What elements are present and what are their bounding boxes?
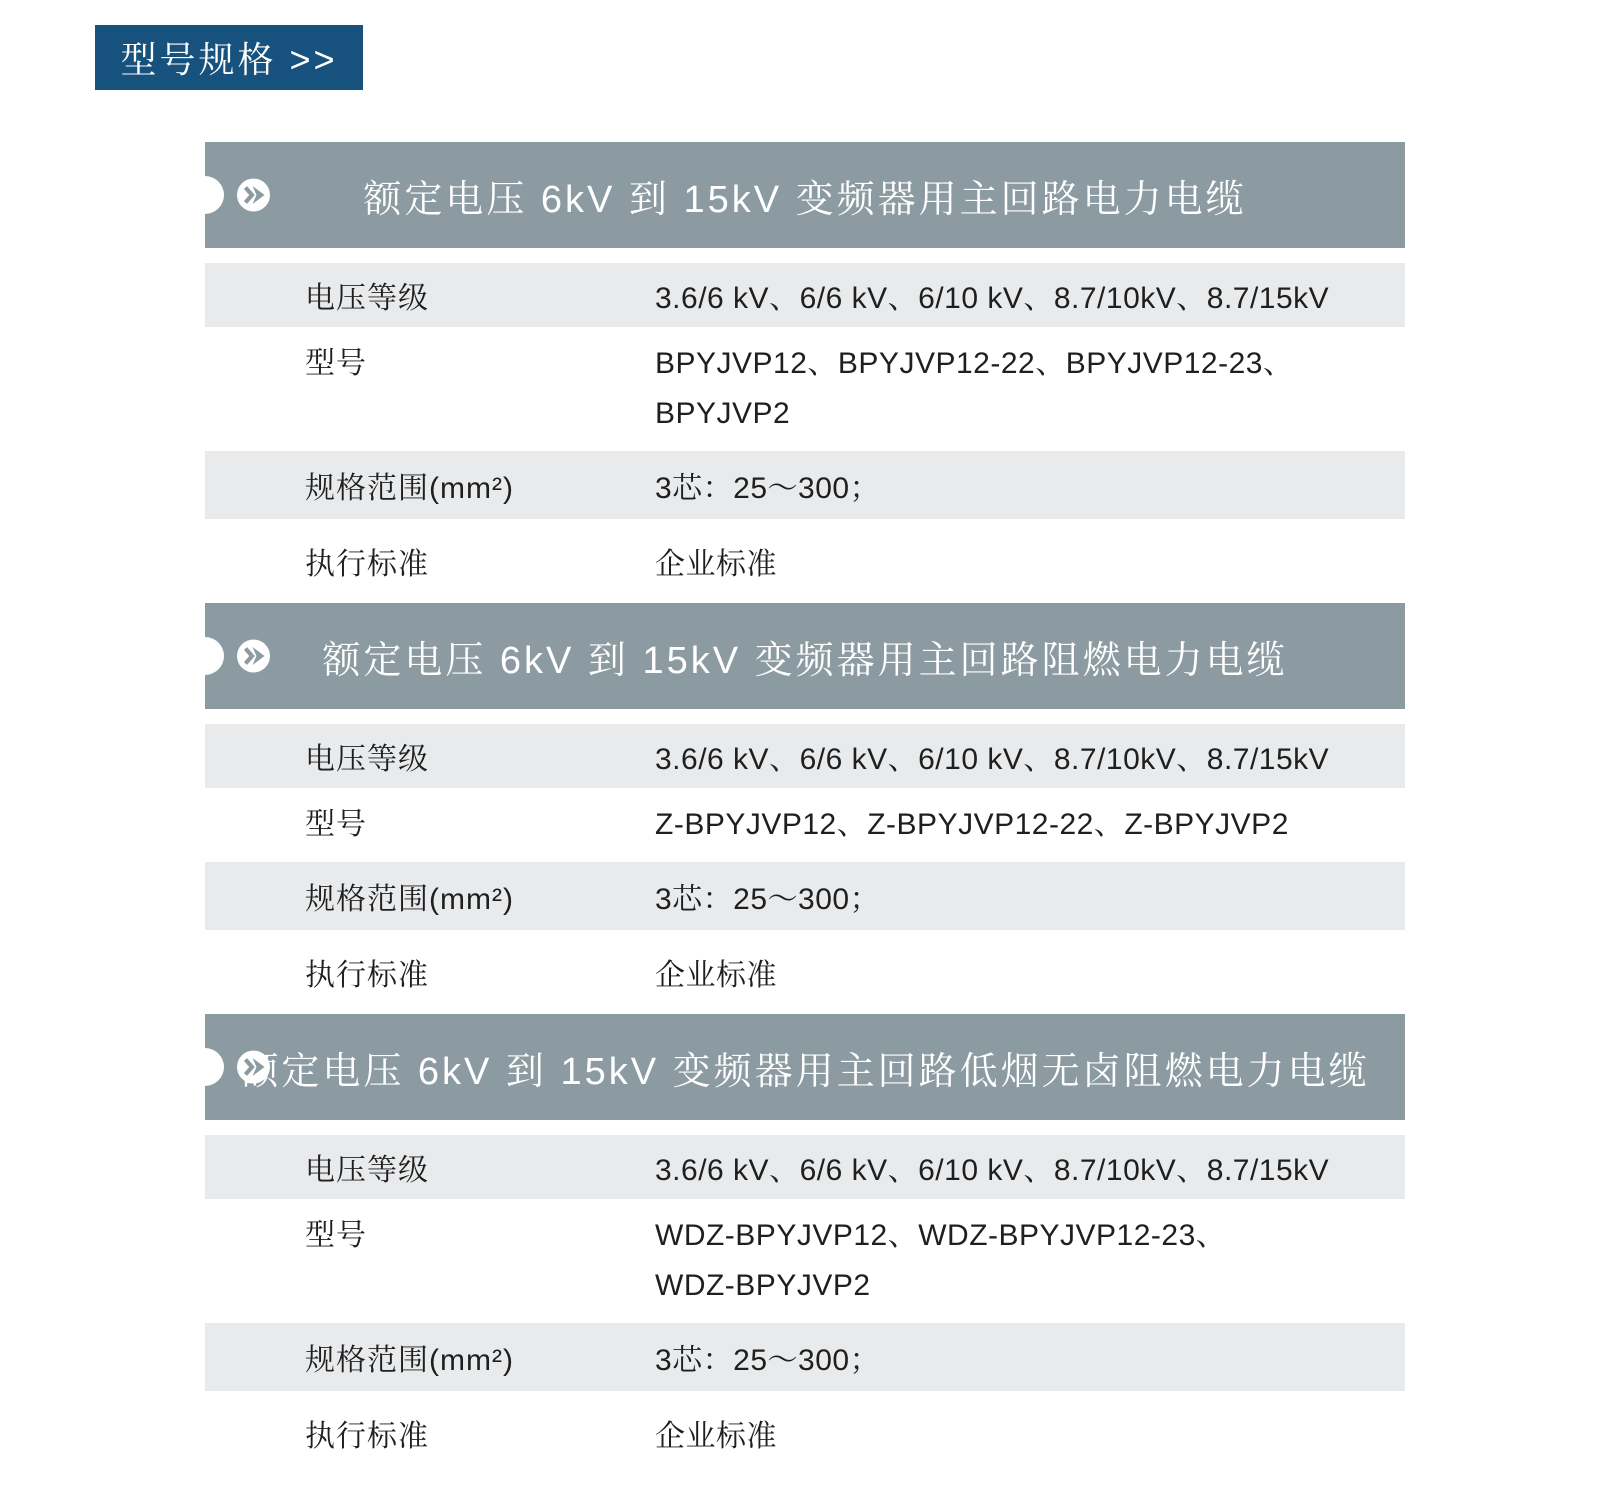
row-value: 3.6/6 kV、6/6 kV、6/10 kV、8.7/10kV、8.7/15k… <box>655 1145 1405 1189</box>
table-row: 型号 BPYJVP12、BPYJVP12-22、BPYJVP12-23、 BPY… <box>205 327 1405 451</box>
table-row: 规格范围(mm²) 3芯：25～300； <box>205 862 1405 930</box>
section-main-circuit-cable: 额定电压 6kV 到 15kV 变频器用主回路电力电缆 电压等级 3.6/6 k… <box>205 142 1405 603</box>
row-label: 型号 <box>305 800 655 850</box>
row-value: 3.6/6 kV、6/6 kV、6/10 kV、8.7/10kV、8.7/15k… <box>655 273 1405 317</box>
table-row: 规格范围(mm²) 3芯：25～300； <box>205 1323 1405 1391</box>
table-row: 型号 WDZ-BPYJVP12、WDZ-BPYJVP12-23、 WDZ-BPY… <box>205 1199 1405 1323</box>
section-title: 额定电压 6kV 到 15kV 变频器用主回路电力电缆 <box>363 168 1246 223</box>
row-value: 3.6/6 kV、6/6 kV、6/10 kV、8.7/10kV、8.7/15k… <box>655 734 1405 778</box>
row-label: 型号 <box>305 1211 655 1261</box>
row-label: 电压等级 <box>305 273 655 317</box>
table-row: 执行标准 企业标准 <box>205 519 1405 603</box>
row-label: 规格范围(mm²) <box>305 463 655 507</box>
section-flame-retardant-cable: 额定电压 6kV 到 15kV 变频器用主回路阻燃电力电缆 电压等级 3.6/6… <box>205 603 1405 1014</box>
row-value: 企业标准 <box>655 1411 1405 1455</box>
table-row: 电压等级 3.6/6 kV、6/6 kV、6/10 kV、8.7/10kV、8.… <box>205 1135 1405 1199</box>
row-label: 电压等级 <box>305 1145 655 1189</box>
section-title: 额定电压 6kV 到 15kV 变频器用主回路低烟无卤阻燃电力电缆 <box>240 1040 1369 1095</box>
row-value: 3芯：25～300； <box>655 463 1405 507</box>
row-value: 企业标准 <box>655 539 1405 583</box>
section-header: 额定电压 6kV 到 15kV 变频器用主回路阻燃电力电缆 <box>205 603 1405 709</box>
table-row: 电压等级 3.6/6 kV、6/6 kV、6/10 kV、8.7/10kV、8.… <box>205 724 1405 788</box>
table-row: 执行标准 企业标准 <box>205 930 1405 1014</box>
row-label: 电压等级 <box>305 734 655 778</box>
row-value: 3芯：25～300； <box>655 1335 1405 1379</box>
row-value: BPYJVP12、BPYJVP12-22、BPYJVP12-23、 BPYJVP… <box>655 339 1405 439</box>
section-title: 额定电压 6kV 到 15kV 变频器用主回路阻燃电力电缆 <box>322 629 1287 684</box>
section-lszh-flame-retardant-cable: 额定电压 6kV 到 15kV 变频器用主回路低烟无卤阻燃电力电缆 电压等级 3… <box>205 1014 1405 1475</box>
edge-circle-icon <box>186 1048 224 1086</box>
row-label: 规格范围(mm²) <box>305 1335 655 1379</box>
section-header: 额定电压 6kV 到 15kV 变频器用主回路低烟无卤阻燃电力电缆 <box>205 1014 1405 1120</box>
row-label: 执行标准 <box>305 950 655 994</box>
arrow-circle-icon <box>237 1051 270 1084</box>
section-header: 额定电压 6kV 到 15kV 变频器用主回路电力电缆 <box>205 142 1405 248</box>
table-row: 规格范围(mm²) 3芯：25～300； <box>205 451 1405 519</box>
page-title-badge: 型号规格 >> <box>95 25 363 90</box>
row-value: 企业标准 <box>655 950 1405 994</box>
row-label: 规格范围(mm²) <box>305 874 655 918</box>
page-title: 型号规格 >> <box>120 32 337 83</box>
table-row: 型号 Z-BPYJVP12、Z-BPYJVP12-22、Z-BPYJVP2 <box>205 788 1405 862</box>
arrow-circle-icon <box>237 640 270 673</box>
row-label: 型号 <box>305 339 655 389</box>
row-label: 执行标准 <box>305 539 655 583</box>
table-row: 执行标准 企业标准 <box>205 1391 1405 1475</box>
row-label: 执行标准 <box>305 1411 655 1455</box>
arrow-circle-icon <box>237 179 270 212</box>
row-value: Z-BPYJVP12、Z-BPYJVP12-22、Z-BPYJVP2 <box>655 800 1405 850</box>
table-row: 电压等级 3.6/6 kV、6/6 kV、6/10 kV、8.7/10kV、8.… <box>205 263 1405 327</box>
edge-circle-icon <box>186 637 224 675</box>
row-value: 3芯：25～300； <box>655 874 1405 918</box>
catalog-page: 型号规格 >> 额定电压 6kV 到 15kV 变频器用主回路电力电缆 电压等级… <box>0 0 1602 1492</box>
spec-tables: 额定电压 6kV 到 15kV 变频器用主回路电力电缆 电压等级 3.6/6 k… <box>205 142 1405 1475</box>
edge-circle-icon <box>186 176 224 214</box>
row-value: WDZ-BPYJVP12、WDZ-BPYJVP12-23、 WDZ-BPYJVP… <box>655 1211 1405 1311</box>
